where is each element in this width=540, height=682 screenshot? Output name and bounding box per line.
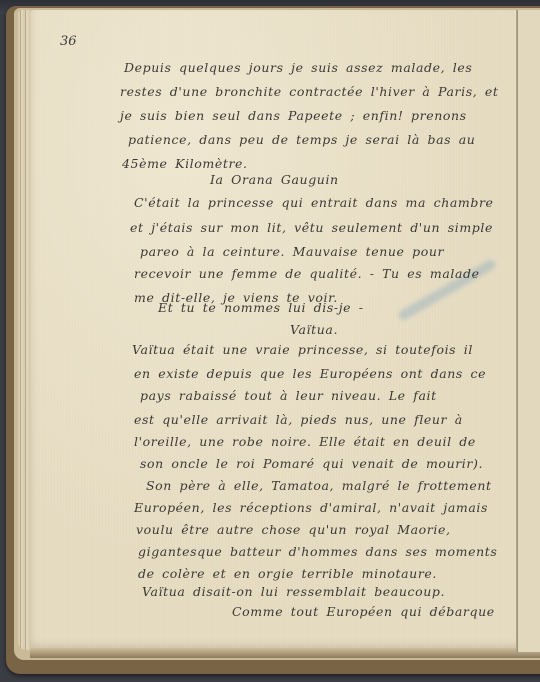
text-line: Depuis quelques jours je suis assez mala…	[124, 60, 472, 75]
text-line: et j'étais sur mon lit, vêtu seulement d…	[130, 220, 493, 235]
text-line: restes d'une bronchite contractée l'hive…	[120, 84, 499, 99]
text-line: patience, dans peu de temps je serai là …	[128, 132, 475, 147]
page-bottom-edge	[30, 648, 540, 658]
text-line: voulu être autre chose qu'un royal Maori…	[136, 522, 451, 537]
text-line: de colère et en orgie terrible minotaure…	[138, 566, 437, 581]
text-line: Vaïtua disait-on lui ressemblait beaucou…	[142, 584, 445, 599]
text-line: Européen, les réceptions d'amiral, n'ava…	[134, 500, 488, 515]
text-line: gigantesque batteur d'hommes dans ses mo…	[138, 544, 497, 559]
facing-page-sliver	[518, 10, 540, 652]
text-line: Et tu te nommes lui dis-je -	[158, 300, 364, 315]
text-line: son oncle le roi Pomaré qui venait de mo…	[140, 456, 483, 471]
text-line: Son père à elle, Tamatoa, malgré le frot…	[146, 478, 492, 493]
text-line: Comme tout Européen qui débarque	[232, 604, 495, 619]
text-line: Vaïtua était une vraie princesse, si tou…	[132, 342, 473, 357]
section-heading: Vaïtua.	[290, 322, 338, 337]
text-line: 45ème Kilomètre.	[122, 156, 248, 171]
text-line: l'oreille, une robe noire. Elle était en…	[134, 434, 476, 449]
page-number: 36	[60, 34, 77, 49]
text-line: je suis bien seul dans Papeete ; enfin! …	[120, 108, 467, 123]
text-line: pays rabaissé tout à leur niveau. Le fai…	[140, 388, 437, 403]
text-line: pareo à la ceinture. Mauvaise tenue pour	[140, 244, 444, 259]
section-heading: Ia Orana Gauguin	[210, 172, 339, 187]
text-line: recevoir une femme de qualité. - Tu es m…	[134, 266, 480, 281]
text-line: en existe depuis que les Européens ont d…	[134, 366, 486, 381]
text-line: est qu'elle arrivait là, pieds nus, une …	[134, 412, 463, 427]
text-line: C'était la princesse qui entrait dans ma…	[134, 195, 494, 210]
